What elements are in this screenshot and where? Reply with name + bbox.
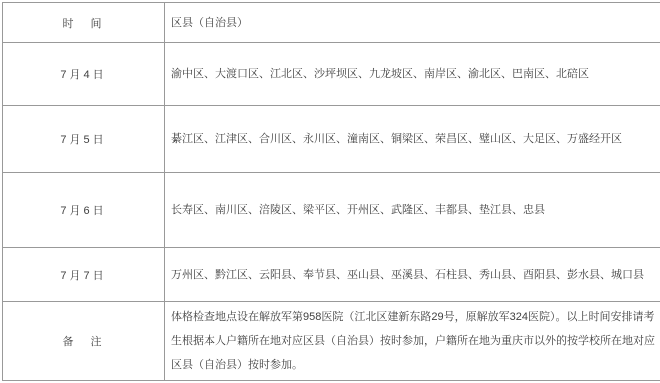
- districts-cell-july-4: 渝中区、大渡口区、江北区、沙坪坝区、九龙坡区、南岸区、渝北区、巴南区、北碚区: [165, 43, 660, 106]
- table-note-row: 备 注 体格检查地点设在解放军第958医院（江北区建新东路29号，原解放军324…: [3, 302, 660, 381]
- districts-cell-july-6: 长寿区、南川区、涪陵区、梁平区、开州区、武隆区、丰都县、垫江县、忠县: [165, 173, 660, 248]
- districts-cell-july-5: 綦江区、江津区、合川区、永川区、潼南区、铜梁区、荣昌区、璧山区、大足区、万盛经开…: [165, 106, 660, 173]
- date-cell-july-5: 7月5日: [3, 106, 165, 173]
- table-row: 7月5日 綦江区、江津区、合川区、永川区、潼南区、铜梁区、荣昌区、璧山区、大足区…: [3, 106, 660, 173]
- table-header-row: 时 间 区县（自治县）: [3, 3, 660, 43]
- page-body: 时 间 区县（自治县） 7月4日 渝中区、大渡口区、江北区、沙坪坝区、九龙坡区、…: [0, 0, 660, 383]
- table-row: 7月6日 长寿区、南川区、涪陵区、梁平区、开州区、武隆区、丰都县、垫江县、忠县: [3, 173, 660, 248]
- date-cell-july-7: 7月7日: [3, 248, 165, 302]
- column-header-district: 区县（自治县）: [165, 3, 660, 43]
- date-cell-july-4: 7月4日: [3, 43, 165, 106]
- districts-cell-july-7: 万州区、黔江区、云阳县、奉节县、巫山县、巫溪县、石柱县、秀山县、酉阳县、彭水县、…: [165, 248, 660, 302]
- note-text-cell: 体格检查地点设在解放军第958医院（江北区建新东路29号，原解放军324医院）。…: [165, 302, 660, 381]
- column-header-time: 时 间: [3, 3, 165, 43]
- exam-schedule-table: 时 间 区县（自治县） 7月4日 渝中区、大渡口区、江北区、沙坪坝区、九龙坡区、…: [2, 2, 660, 381]
- table-row: 7月4日 渝中区、大渡口区、江北区、沙坪坝区、九龙坡区、南岸区、渝北区、巴南区、…: [3, 43, 660, 106]
- note-label-cell: 备 注: [3, 302, 165, 381]
- table-row: 7月7日 万州区、黔江区、云阳县、奉节县、巫山县、巫溪县、石柱县、秀山县、酉阳县…: [3, 248, 660, 302]
- date-cell-july-6: 7月6日: [3, 173, 165, 248]
